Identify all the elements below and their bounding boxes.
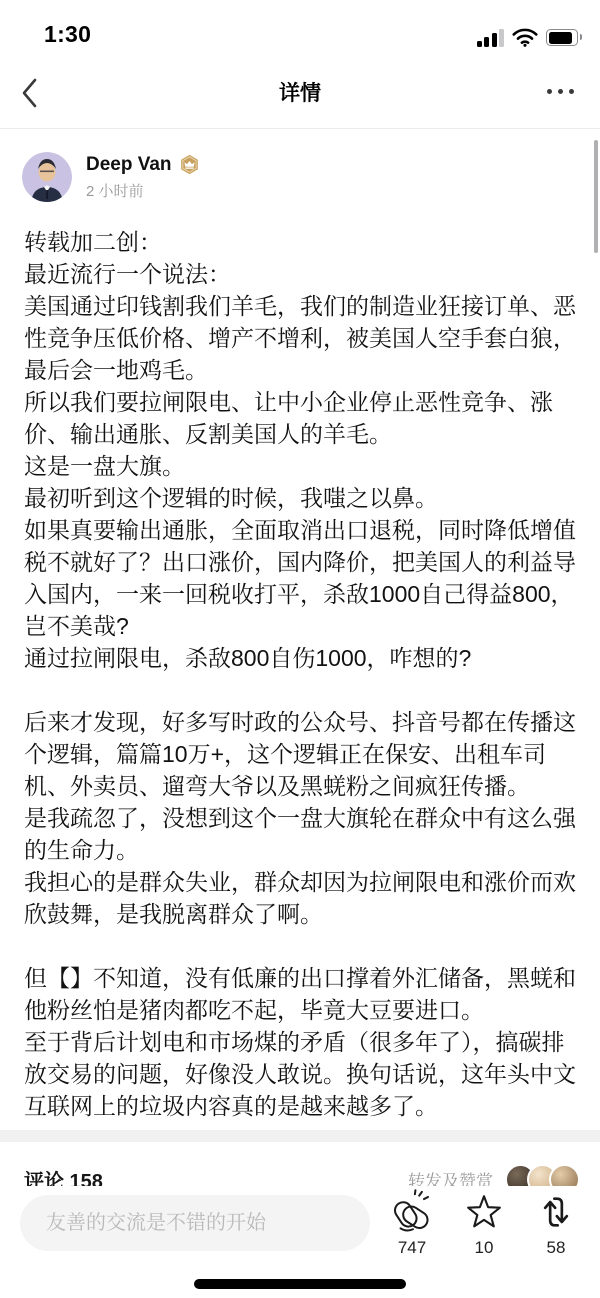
star-outline-icon — [463, 1188, 505, 1236]
repost-count: 58 — [547, 1238, 566, 1258]
status-bar: 1:30 — [0, 0, 600, 56]
status-icons — [477, 28, 579, 47]
more-options-button[interactable] — [547, 89, 574, 94]
post-body: 转载加二创： 最近流行一个说法： 美国通过印钱割我们羊毛，我们的制造业狂接订单、… — [24, 226, 576, 1122]
clap-button[interactable]: 747 — [376, 1188, 448, 1258]
comment-input[interactable] — [20, 1195, 370, 1251]
post-paragraph: 转载加二创： 最近流行一个说法： 美国通过印钱割我们羊毛，我们的制造业狂接订单、… — [24, 226, 576, 674]
post-timestamp: 2 小时前 — [86, 180, 200, 201]
section-divider — [0, 1130, 600, 1142]
clap-count: 747 — [398, 1238, 426, 1258]
gold-crown-badge-icon — [179, 154, 200, 175]
post-paragraph: 后来才发现，好多写时政的公众号、抖音号都在传播这个逻辑，篇篇10万+，这个逻辑正… — [24, 706, 576, 930]
battery-icon — [546, 29, 578, 46]
page-title: 详情 — [0, 56, 600, 128]
wifi-icon — [512, 28, 538, 47]
author-info: Deep Van 2 小时前 — [86, 154, 200, 201]
post-header: Deep Van 2 小时前 — [22, 152, 578, 202]
favorite-count: 10 — [475, 1238, 494, 1258]
status-time: 1:30 — [44, 21, 91, 48]
home-indicator[interactable] — [194, 1279, 406, 1289]
bottom-action-bar: 747 10 58 — [0, 1186, 600, 1298]
repost-arrows-icon — [536, 1188, 576, 1236]
nav-bar: 详情 — [0, 56, 600, 129]
clapping-hands-icon — [389, 1188, 435, 1236]
author-name[interactable]: Deep Van — [86, 154, 172, 176]
author-avatar[interactable] — [22, 152, 72, 202]
scrollbar-thumb[interactable] — [594, 140, 598, 253]
repost-button[interactable]: 58 — [520, 1188, 592, 1258]
post-paragraph: 但【】不知道，没有低廉的出口撑着外汇储备，黑蜣和他粉丝怕是猪肉都吃不起，毕竟大豆… — [24, 962, 576, 1122]
cellular-signal-icon — [477, 28, 505, 47]
post-detail-screen: 1:30 详情 — [0, 0, 600, 1298]
favorite-button[interactable]: 10 — [448, 1188, 520, 1258]
action-buttons: 747 10 58 — [376, 1188, 592, 1258]
